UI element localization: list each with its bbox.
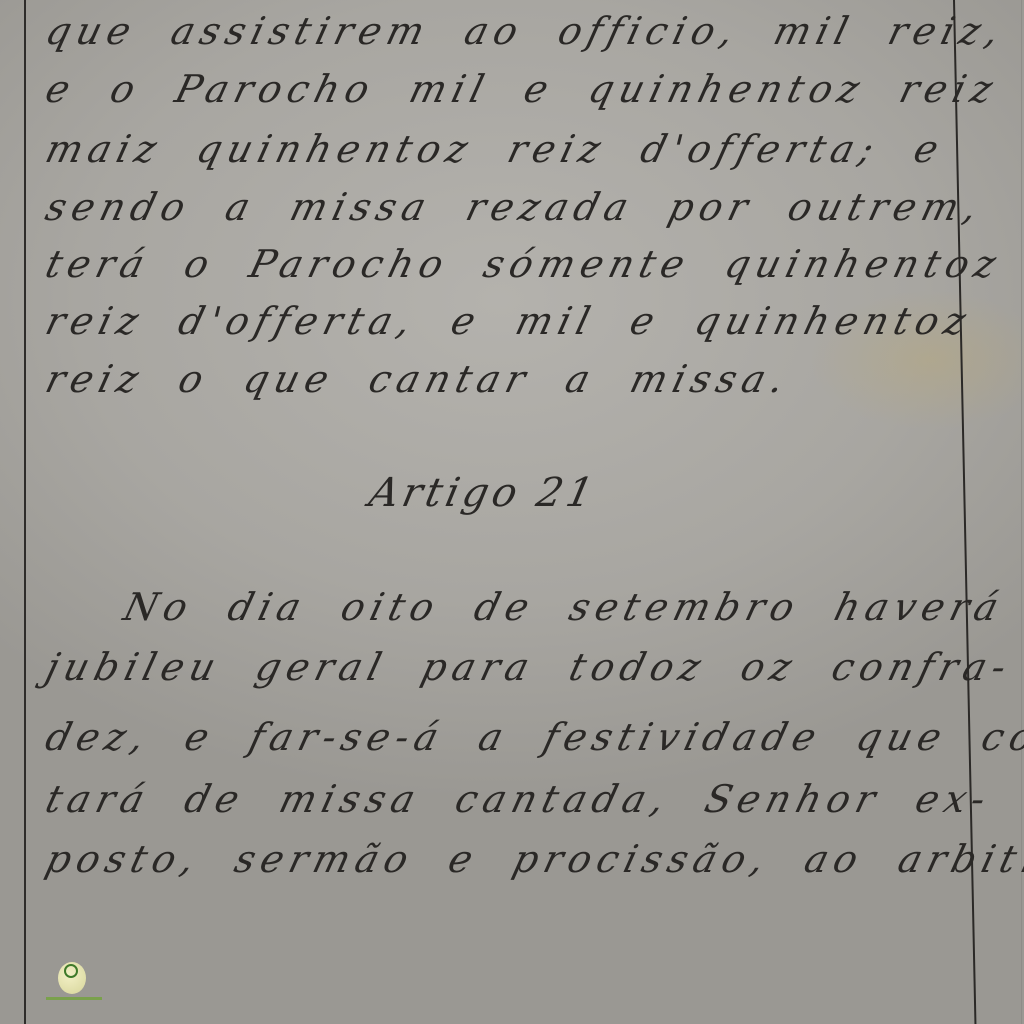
text-line: que assistirem ao officio, mil reiz, [42, 12, 1009, 50]
logo-ring-icon [64, 964, 78, 978]
text-line: maiz quinhentoz reiz d'offerta; e [42, 130, 948, 168]
text-line: tará de missa cantada, Senhor ex- [42, 780, 995, 818]
text-line: jubileu geral para todoz oz confra- [42, 648, 1016, 686]
text-line: terá o Parocho sómente quinhentoz [42, 245, 1006, 283]
text-line: No dia oito de setembro haverá [120, 588, 1008, 626]
text-line: e o Parocho mil e quinhentoz reiz e [42, 70, 1024, 108]
manuscript-page: que assistirem ao officio, mil reiz, e o… [0, 0, 1024, 1024]
logo-caption-bar [46, 997, 102, 1000]
text-line: dez, e far-se-á a festividade que cons- [42, 718, 1024, 756]
watermark-logo [52, 960, 96, 1012]
article-heading: Artigo 21 [365, 470, 601, 516]
text-line: reiz d'offerta, e mil e quinhentoz [42, 302, 975, 340]
left-margin-rule [24, 0, 26, 1024]
text-line: posto, sermão e procissão, ao arbitrio [42, 840, 1024, 878]
text-line: sendo a missa rezada por outrem, [42, 188, 987, 226]
text-line: reiz o que cantar a missa. [42, 360, 794, 398]
